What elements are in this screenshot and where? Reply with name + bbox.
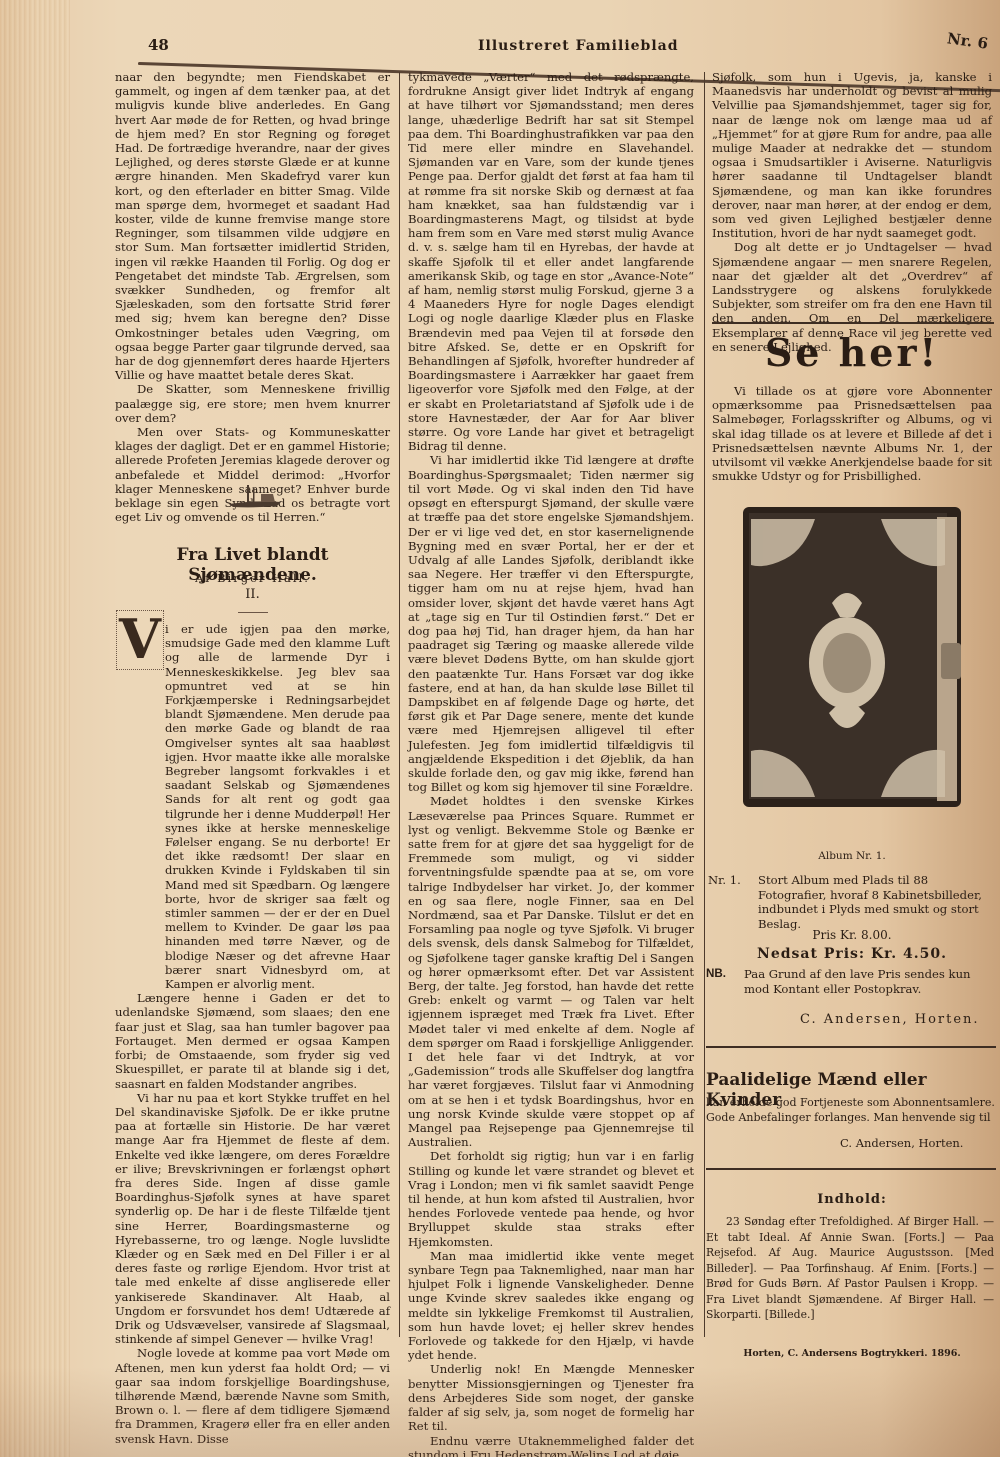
paragraph: Man maa imidlertid ikke vente meget synb… bbox=[408, 1249, 694, 1363]
article-rule bbox=[238, 612, 268, 613]
paragraph: Det forholdt sig rigtig; hun var i en fa… bbox=[408, 1149, 694, 1248]
paragraph: i er ude igjen paa den mørke, smudsige G… bbox=[115, 622, 390, 991]
nb-note: NB. Paa Grund af den lave Pris sendes ku… bbox=[706, 967, 994, 996]
paragraph: Vi tillade os at gjøre vore Abonnenter o… bbox=[712, 384, 992, 483]
printer-imprint: Horten, C. Andersens Bogtrykkeri. 1896. bbox=[712, 1348, 992, 1359]
paragraph: Mødet holdtes i den svenske Kirkes Læsev… bbox=[408, 794, 694, 1149]
ad-headline: Se her! bbox=[712, 330, 992, 375]
album-spec: Nr. 1. Stort Album med Plads til 88 Foto… bbox=[708, 873, 994, 931]
ad-signature: C. Andersen, Horten. bbox=[800, 1012, 980, 1027]
paragraph: De Skatter, som Menneskene frivillig paa… bbox=[115, 382, 390, 425]
album-caption: Album Nr. 1. bbox=[712, 850, 992, 862]
sale-price-label: Nedsat Pris: bbox=[757, 946, 865, 962]
contents-title: Indhold: bbox=[712, 1192, 992, 1207]
masthead-title: Illustreret Familieblad bbox=[478, 38, 679, 54]
original-price-label: Pris Kr. bbox=[812, 928, 857, 942]
article-body: i er ude igjen paa den mørke, smudsige G… bbox=[115, 622, 390, 1446]
column-1-continuation: naar den begyndte; men Fiendskabet er ga… bbox=[115, 70, 390, 525]
contents-text: 23 Søndag efter Trefoldighed. Af Birger … bbox=[706, 1215, 994, 1321]
paragraph: tykmavede „Værter“ med det rødsprængte, … bbox=[408, 70, 694, 453]
ship-vignette-icon bbox=[225, 482, 285, 510]
ad2-body: kan erholde god Fortjeneste som Abonnent… bbox=[706, 1096, 996, 1125]
page-shadow bbox=[0, 1367, 1000, 1457]
original-price-line: Pris Kr. 8.00. bbox=[712, 928, 992, 942]
page-header: 48 Illustreret Familieblad Nr. 6 bbox=[148, 36, 998, 60]
page-number: 48 bbox=[148, 36, 169, 54]
sale-price-line: Nedsat Pris: Kr. 4.50. bbox=[712, 946, 992, 962]
contents-body: 23 Søndag efter Trefoldighed. Af Birger … bbox=[706, 1214, 994, 1323]
issue-number: Nr. 6 bbox=[946, 29, 989, 53]
book-page-edges bbox=[0, 0, 70, 1457]
paragraph: Vi har nu paa et kort Stykke truffet en … bbox=[115, 1091, 390, 1347]
article-part-number: II. bbox=[115, 587, 390, 602]
section-rule bbox=[706, 1168, 996, 1170]
ad2-signature: C. Andersen, Horten. bbox=[840, 1136, 963, 1150]
paragraph: Længere henne i Gaden er det to udenland… bbox=[115, 991, 390, 1090]
column-divider bbox=[399, 72, 400, 1337]
paragraph: naar den begyndte; men Fiendskabet er ga… bbox=[115, 70, 390, 382]
item-label: Nr. 1. bbox=[708, 873, 741, 888]
sale-price: Kr. 4.50. bbox=[871, 946, 947, 962]
paragraph: Vi har imidlertid ikke Tid længere at dr… bbox=[408, 453, 694, 794]
article-byline: Af Birger Hall. bbox=[115, 571, 390, 585]
nb-label: NB. bbox=[706, 967, 726, 982]
section-rule bbox=[712, 322, 994, 324]
column-3: Sjøfolk, som hun i Ugevis, ja, kanske i … bbox=[712, 70, 992, 354]
nb-text: Paa Grund af den lave Pris sendes kun mo… bbox=[744, 967, 994, 996]
column-divider bbox=[704, 72, 705, 1337]
ad-body: Vi tillade os at gjøre vore Abonnenter o… bbox=[712, 384, 992, 483]
column-2: tykmavede „Værter“ med det rødsprængte, … bbox=[408, 70, 694, 1457]
paragraph: Sjøfolk, som hun i Ugevis, ja, kanske i … bbox=[712, 70, 992, 240]
item-description: Stort Album med Plads til 88 Fotografier… bbox=[758, 873, 994, 931]
original-price: 8.00. bbox=[861, 928, 892, 942]
section-rule bbox=[706, 1046, 996, 1048]
album-illustration-icon bbox=[737, 503, 969, 815]
